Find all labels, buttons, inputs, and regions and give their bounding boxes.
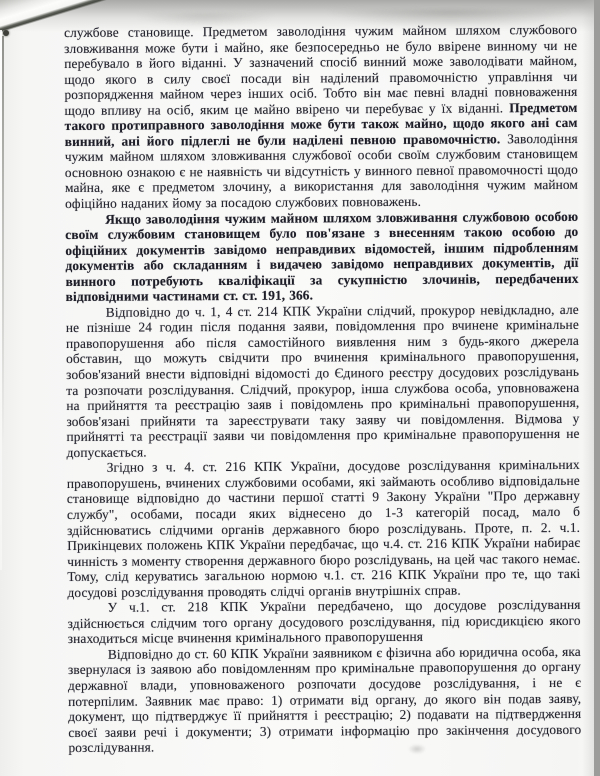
paragraph-4: Згідно з ч. 4. ст. 216 КПК України, досу…	[67, 457, 581, 600]
paper-right-edge-shading	[582, 0, 594, 776]
document-text-block: службове становище. Предметом заволодінн…	[64, 22, 581, 756]
paragraph-5: У ч.1. ст. 218 КПК України передбачено, …	[68, 597, 581, 647]
paragraph-6: Відповідно до ст. 60 КПК України заявник…	[68, 644, 582, 756]
paragraph-2: Якщо заволодіння чужим майном шляхом зло…	[65, 208, 579, 304]
photo-right-edge-strip	[594, 0, 600, 776]
paragraph-1: службове становище. Предметом заволодінн…	[64, 22, 578, 212]
paragraph-1-text-lead: службове становище. Предметом заволодінн…	[64, 22, 577, 118]
paper-left-edge-line	[2, 36, 4, 446]
scanned-page-photo: службове становище. Предметом заволодінн…	[0, 0, 600, 776]
paragraph-3: Відповідно до ч. 1, 4 ст. 214 КПК Україн…	[66, 302, 580, 461]
